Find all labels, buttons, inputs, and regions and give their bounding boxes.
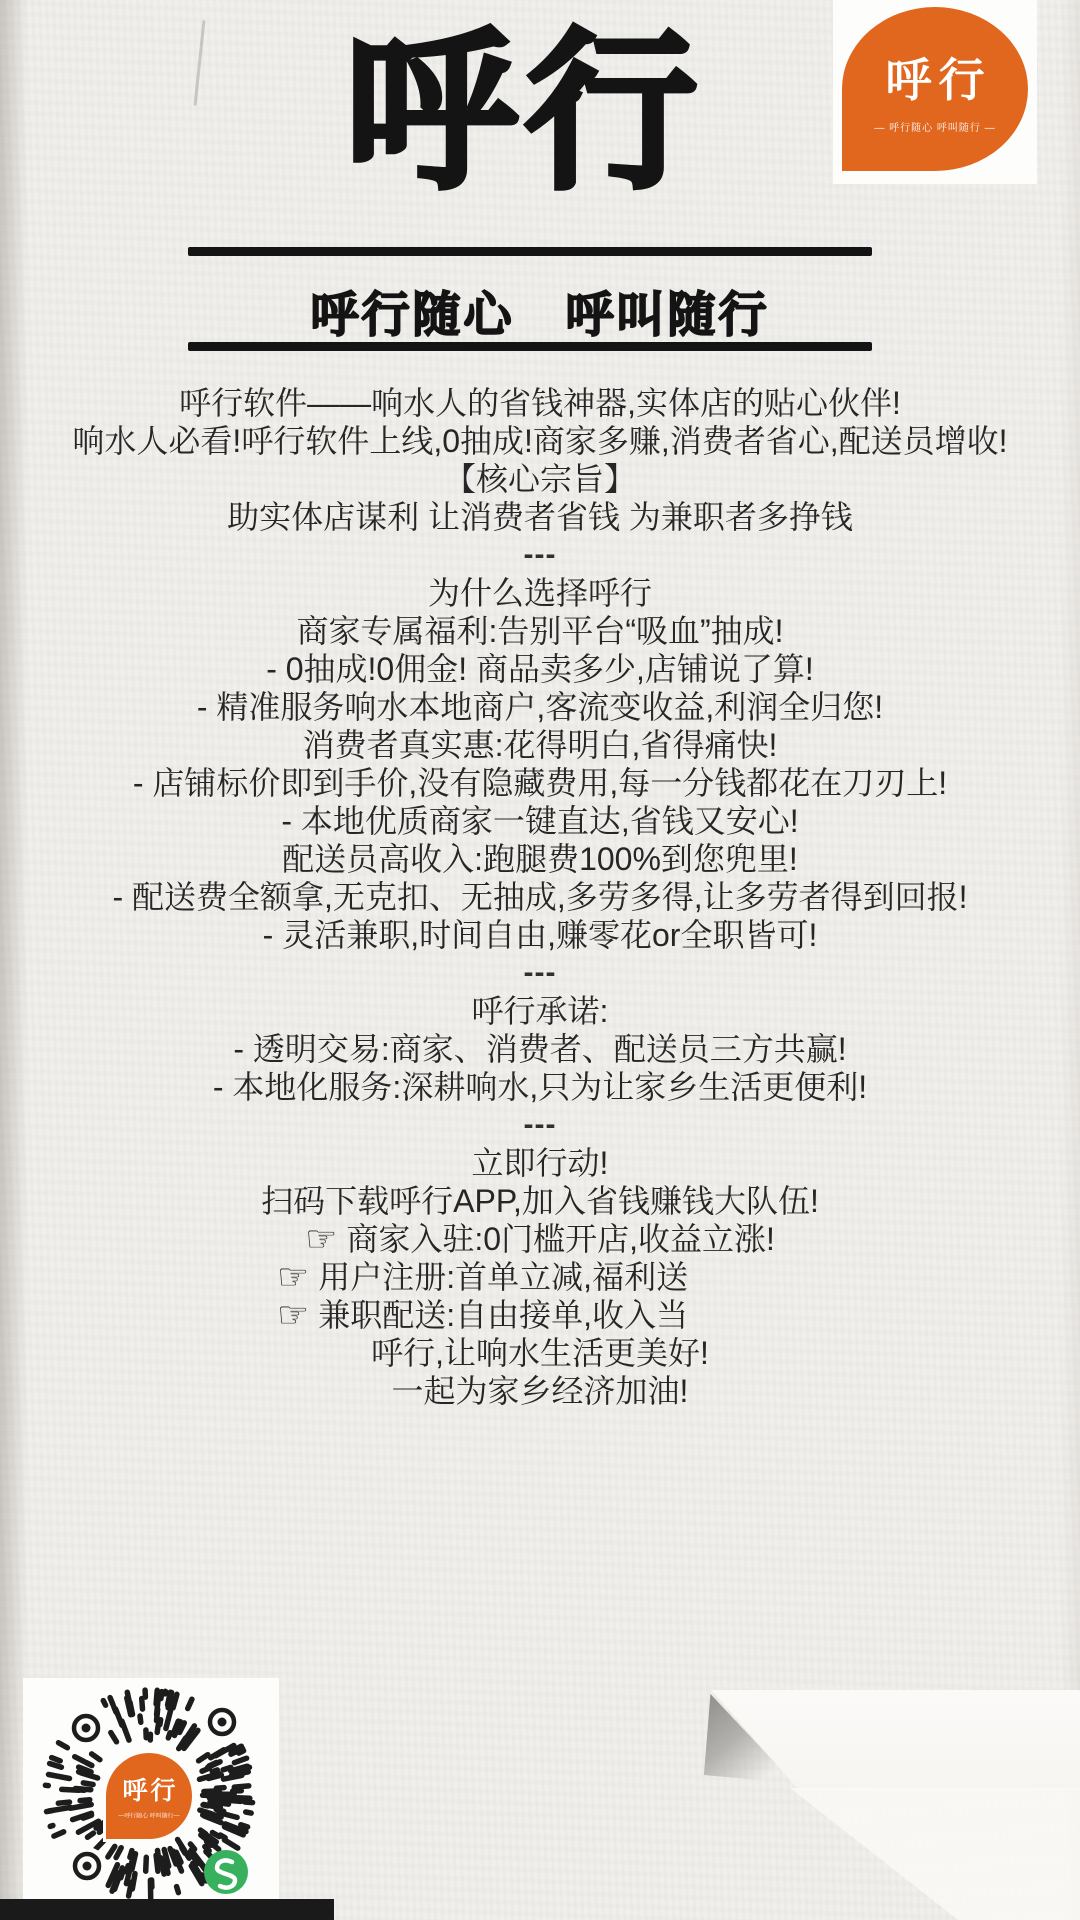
action-subheading: 扫码下载呼行APP,加入省钱赚钱大队伍! [20, 1182, 1060, 1220]
courier-benefit-point-1: - 配送费全额拿,无克扣、无抽成,多劳多得,让多劳者得到回报! [20, 878, 1060, 916]
action-item-user: ☞ 用户注册:首单立减,福利送 [20, 1258, 1060, 1296]
action-item-courier: ☞ 兼职配送:自由接单,收入当 [20, 1296, 1060, 1334]
action-item-merchant-label: 商家入驻:0门槛开店,收益立涨! [346, 1220, 774, 1258]
divider-bar-bottom [188, 342, 872, 351]
brand-logo-tagline: — 呼行随心 呼叫随行 — [874, 119, 995, 134]
divider-bar-top [188, 247, 872, 256]
qr-center-logo-tagline: —呼行随心 呼叫随行— [118, 1812, 179, 1821]
courier-benefit-title: 配送员高收入:跑腿费100%到您兜里! [20, 840, 1060, 878]
footer-line-1: 呼行,让响水生活更美好! [20, 1334, 1060, 1372]
why-heading: 为什么选择呼行 [20, 574, 1060, 612]
qr-eye-bottom-left [68, 1847, 106, 1885]
brand-logo-card: 呼行 — 呼行随心 呼叫随行 — [833, 0, 1037, 184]
intro-line-1: 呼行软件——响水人的省钱神器,实体店的贴心伙伴! [20, 384, 1060, 422]
divider-1: --- [20, 536, 1060, 574]
qr-eye-top-left [67, 1709, 105, 1747]
merchant-benefit-title: 商家专属福利:告别平台“吸血”抽成! [20, 612, 1060, 650]
intro-line-2: 响水人必看!呼行软件上线,0抽成!商家多赚,消费者省心,配送员增收! [20, 422, 1060, 460]
divider-2: --- [20, 954, 1060, 992]
paper-scratch-texture [194, 20, 206, 106]
poster-title: 呼行 [345, 26, 705, 201]
action-heading: 立即行动! [20, 1144, 1060, 1182]
mission-body: 助实体店谋利 让消费者省钱 为兼职者多挣钱 [20, 498, 1060, 536]
merchant-benefit-point-1: - 0抽成!0佣金! 商品卖多少,店铺说了算! [20, 650, 1060, 688]
pointing-hand-icon: ☞ [277, 1259, 309, 1295]
courier-benefit-point-2: - 灵活兼职,时间自由,赚零花or全职皆可! [20, 916, 1060, 954]
action-item-user-label: 用户注册:首单立减,福利送 [318, 1258, 688, 1296]
merchant-benefit-point-2: - 精准服务响水本地商户,客流变收益,利润全归您! [20, 688, 1060, 726]
qr-eye-top-right [203, 1703, 241, 1741]
pointing-hand-icon: ☞ [277, 1297, 309, 1333]
qr-code-card: 呼行 —呼行随心 呼叫随行— [23, 1678, 279, 1899]
body-text-column: 呼行软件——响水人的省钱神器,实体店的贴心伙伴! 响水人必看!呼行软件上线,0抽… [20, 384, 1060, 1410]
poster-slogan: 呼行随心 呼叫随行 [0, 276, 1080, 345]
footer-line-2: 一起为家乡经济加油! [20, 1372, 1060, 1410]
bottom-edge-strip [0, 1899, 334, 1920]
brand-logo-name: 呼行 [879, 44, 992, 110]
divider-3: --- [20, 1106, 1060, 1144]
brand-logo-bubble-icon: 呼行 — 呼行随心 呼叫随行 — [842, 7, 1028, 171]
promise-point-2: - 本地化服务:深耕响水,只为让家乡生活更便利! [20, 1068, 1060, 1106]
consumer-benefit-title: 消费者真实惠:花得明白,省得痛快! [20, 726, 1060, 764]
promise-point-1: - 透明交易:商家、消费者、配送员三方共赢! [20, 1030, 1060, 1068]
consumer-benefit-point-1: - 店铺标价即到手价,没有隐藏费用,每一分钱都花在刀刃上! [20, 764, 1060, 802]
qr-center-logo-name: 呼行 [119, 1771, 178, 1807]
action-item-courier-label: 兼职配送:自由接单,收入当 [318, 1296, 688, 1334]
action-item-merchant: ☞ 商家入驻:0门槛开店,收益立涨! [20, 1220, 1060, 1258]
consumer-benefit-point-2: - 本地优质商家一键直达,省钱又安心! [20, 802, 1060, 840]
pointing-hand-icon: ☞ [305, 1221, 337, 1257]
qr-center-logo: 呼行 —呼行随心 呼叫随行— [103, 1750, 195, 1842]
page-fold-overlay-lower [790, 1788, 1080, 1920]
promise-heading: 呼行承诺: [20, 992, 1060, 1030]
wechat-miniprogram-icon [204, 1850, 248, 1894]
mission-heading: 【核心宗旨】 [20, 460, 1060, 498]
